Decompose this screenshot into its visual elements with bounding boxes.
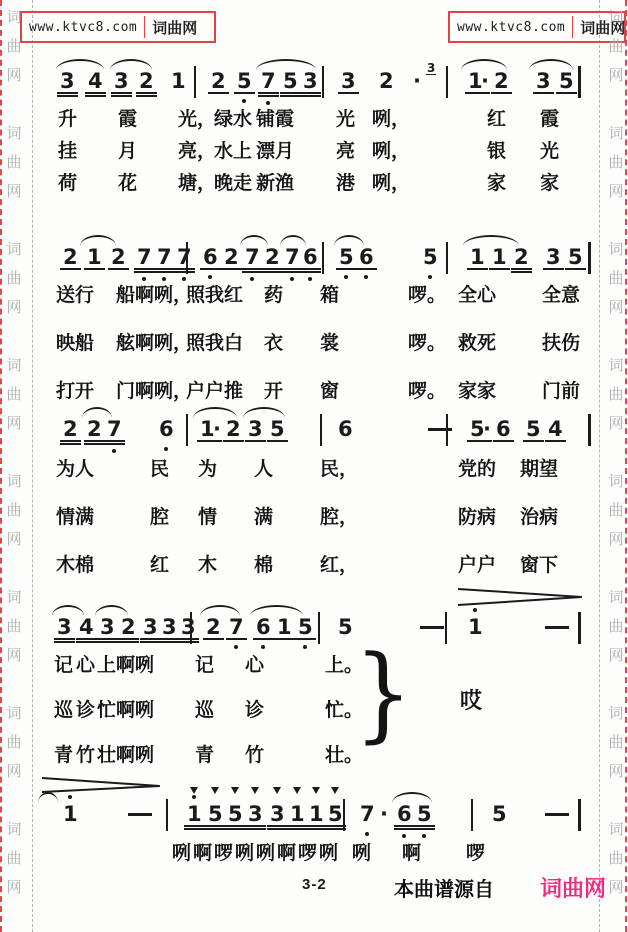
lyric-segment: 扶伤: [542, 328, 580, 355]
slur-arc: [256, 59, 316, 70]
watermark-box-top-right: www.ktvc8.com 词曲网: [448, 11, 626, 43]
lyric-segment: 诊: [76, 695, 95, 722]
dashed-border-right-inner: [599, 0, 600, 932]
lyric-segment: 防病: [458, 502, 496, 529]
side-watermark-right-char: 词: [606, 354, 626, 375]
barline: [446, 66, 448, 98]
crescendo-line: [458, 596, 582, 606]
lyric-segment: 月: [118, 136, 137, 163]
slur-arc: [193, 407, 237, 418]
note: 6: [156, 418, 177, 440]
barline: [194, 66, 196, 98]
accent-mark: [293, 787, 301, 794]
note: 7: [226, 616, 247, 640]
slur-arc: [80, 235, 116, 246]
note: 7: [174, 246, 195, 270]
slur-arc: [240, 235, 268, 246]
side-watermark-left-char: 曲: [4, 847, 24, 868]
accent-mark: [231, 787, 239, 794]
side-watermark-right-char: 词: [606, 122, 626, 143]
note: 1: [467, 246, 488, 270]
lyric-segment: 铺霞: [256, 104, 294, 131]
lyric-segment: 腔，: [320, 502, 358, 529]
lyric-segment: 啰: [466, 838, 485, 865]
lyric-segment: 腔: [150, 502, 169, 529]
note: 5: [336, 246, 357, 270]
end-barline: [578, 612, 581, 644]
note: 2: [511, 246, 532, 270]
note: 6: [200, 246, 221, 270]
note: 1: [287, 803, 308, 827]
note: 6: [356, 246, 377, 270]
slur-arc: [82, 407, 112, 418]
note: 5: [414, 803, 435, 827]
lyric-segment: 窗: [320, 376, 339, 403]
lyric-segment: 新渔: [256, 168, 294, 195]
side-watermark-left-char: 曲: [4, 267, 24, 288]
lyric-segment: 舷啊咧，: [116, 328, 192, 355]
lyric-segment: 木棉: [56, 550, 94, 577]
barline: [318, 612, 320, 644]
note: 1: [168, 70, 189, 92]
note: 2: [118, 616, 139, 640]
lyric-segment: 棉: [254, 550, 273, 577]
note: 2: [108, 246, 129, 270]
side-watermark-right-char: 网: [606, 296, 626, 317]
side-watermark-right-char: 曲: [606, 847, 626, 868]
lyric-segment: 红: [487, 104, 506, 131]
accent-mark: [331, 787, 339, 794]
lyric-segment: 全意: [542, 280, 580, 307]
note: 5: [565, 246, 586, 270]
lyric-segment: 霞: [118, 104, 137, 131]
lyric-segment: 水上: [214, 136, 252, 163]
lyric-segment: 情满: [56, 502, 94, 529]
slur-arc: [463, 235, 519, 246]
note: 3: [543, 246, 564, 270]
note: 5: [234, 70, 255, 94]
side-watermark-left-char: 网: [4, 644, 24, 665]
barline: [190, 612, 192, 644]
lyric-segment: 民，: [320, 454, 358, 481]
note: 3: [111, 70, 132, 94]
end-barline: [588, 242, 591, 274]
note: 7: [154, 246, 175, 270]
note: 3: [54, 616, 75, 640]
note: 1: [184, 803, 205, 827]
octave-dot-below: [308, 277, 312, 281]
barline: [166, 799, 168, 831]
side-watermark-right-char: 曲: [606, 383, 626, 404]
slur-arc: [334, 235, 364, 246]
lyric-segment: 红: [150, 550, 169, 577]
page-number: 3-2: [302, 876, 327, 893]
lyric-segment: 箱: [320, 280, 339, 307]
side-watermark-right-char: 曲: [606, 267, 626, 288]
lyric-segment: 满: [254, 502, 273, 529]
lyric-segment: 港: [336, 168, 355, 195]
octave-dot-below: [250, 277, 254, 281]
note: 7: [134, 246, 155, 270]
end-barline: [588, 414, 591, 446]
watermark-url: www.ktvc8.com: [457, 20, 565, 35]
lyric-segment: 记: [54, 650, 73, 677]
octave-dot-below: [112, 449, 116, 453]
note: 2: [60, 246, 81, 270]
lyric-segment: 竹: [76, 740, 95, 767]
slur-arc: [52, 605, 84, 616]
side-watermark-left-char: 网: [4, 180, 24, 201]
lyric-segment: 家家: [458, 376, 496, 403]
lyric-segment: 晚走: [214, 168, 252, 195]
barline: [186, 414, 188, 446]
lyric-segment: 为人: [56, 454, 94, 481]
duration-dash: [420, 626, 444, 629]
note: 2: [491, 70, 512, 94]
note: 7: [258, 70, 279, 94]
side-watermark-left-char: 词: [4, 586, 24, 607]
lyric-segment: 啰。: [408, 376, 446, 403]
note: 5: [225, 803, 246, 827]
song-sheet-page: www.ktvc8.com 词曲网 www.ktvc8.com 词曲网 3-2 …: [0, 0, 628, 932]
side-watermark-left-char: 词: [4, 470, 24, 491]
side-watermark-right-char: 网: [606, 644, 626, 665]
lyric-segment: 忙啊咧: [97, 695, 154, 722]
lyric-segment: 亮，: [178, 136, 216, 163]
barline: [445, 612, 447, 644]
lyric-segment: 期望: [520, 454, 558, 481]
side-watermark-right-char: 曲: [606, 731, 626, 752]
note: 5: [523, 418, 544, 442]
slur-arc: [243, 407, 285, 418]
lyric-segment: 窗下: [520, 550, 558, 577]
barline: [322, 66, 324, 98]
duration-dot: ·: [212, 418, 222, 442]
side-watermark-right-char: 词: [606, 818, 626, 839]
duration-dash: [428, 428, 452, 431]
lyric-segment: 户户: [458, 550, 496, 577]
side-watermark-left-char: 曲: [4, 383, 24, 404]
note: 2: [60, 418, 81, 442]
lyric-segment: 诊: [245, 695, 264, 722]
accent-mark: [312, 787, 320, 794]
note: 3: [245, 803, 266, 827]
verse-brace: }: [354, 642, 413, 745]
note: 3: [245, 418, 266, 442]
note: 5: [489, 803, 510, 825]
note: 2: [223, 418, 244, 442]
side-watermark-right-char: 网: [606, 180, 626, 201]
accent-mark: [273, 787, 281, 794]
lyric-segment: 青: [54, 740, 73, 767]
side-watermark-right-char: 词: [606, 238, 626, 259]
note: 7: [242, 246, 263, 270]
lyric-segment: 荷: [58, 168, 77, 195]
lyric-segment: 咧，: [372, 168, 410, 195]
note: 1: [84, 246, 105, 270]
octave-dot-below: [364, 275, 368, 279]
accent-mark: [190, 787, 198, 794]
lyric-segment: 映船: [56, 328, 94, 355]
duration-dash: [545, 626, 569, 629]
lyric-segment: 红，: [320, 550, 358, 577]
lyric-segment: 咧啊啰咧咧啊啰咧: [172, 838, 340, 865]
side-watermark-left-char: 网: [4, 412, 24, 433]
note: 4: [76, 616, 97, 640]
lyric-segment: 咧，: [372, 136, 410, 163]
lyric-segment: 户户推: [186, 376, 243, 403]
slur-arc: [529, 59, 573, 70]
note: 3: [57, 70, 78, 94]
lyric-segment: 塘，: [178, 168, 216, 195]
lyric-segment: 青: [195, 740, 214, 767]
lyric-segment: 衣: [264, 328, 283, 355]
note: 6: [300, 246, 321, 270]
octave-dot-below: [234, 645, 238, 649]
side-watermark-left-char: 词: [4, 122, 24, 143]
slur-arc: [110, 59, 152, 70]
lyric-segment: 升: [58, 104, 77, 131]
octave-dot-below: [164, 447, 168, 451]
note: 5: [267, 418, 288, 442]
lyric-segment: 照我红: [186, 280, 243, 307]
side-watermark-left-char: 词: [4, 818, 24, 839]
side-watermark-left-char: 网: [4, 296, 24, 317]
note: 5: [335, 616, 356, 638]
lyric-segment: 巡: [54, 695, 73, 722]
side-watermark-left-char: 网: [4, 876, 24, 897]
lyric-segment: 照我白: [186, 328, 243, 355]
note: 5: [205, 803, 226, 827]
octave-dot-below: [290, 277, 294, 281]
side-watermark-right-char: 词: [606, 470, 626, 491]
lyric-segment: 光: [540, 136, 559, 163]
note: 2: [84, 418, 105, 442]
barline: [322, 242, 324, 274]
lyric-segment: 打开: [56, 376, 94, 403]
note: 2: [376, 70, 397, 92]
side-watermark-left-char: 网: [4, 760, 24, 781]
note: 7: [104, 418, 125, 442]
note: 3: [267, 803, 288, 827]
lyric-segment: 光，: [178, 104, 216, 131]
lyric-segment: 门啊咧，: [116, 376, 192, 403]
end-barline: [578, 66, 581, 98]
interjection-ay: 哎: [460, 684, 482, 715]
note: 1: [306, 803, 327, 827]
lyric-segment: 巡: [195, 695, 214, 722]
lyric-segment: 啰。: [408, 328, 446, 355]
note: 3: [300, 70, 321, 94]
lyric-segment: 亮: [336, 136, 355, 163]
note: 5: [280, 70, 301, 94]
lyric-segment: 治病: [520, 502, 558, 529]
note: 4: [85, 70, 106, 94]
lyric-segment: 开: [264, 376, 283, 403]
lyric-segment: 上啊咧: [97, 650, 154, 677]
lyric-segment: 门前: [542, 376, 580, 403]
note: 3: [159, 616, 180, 640]
note: 6: [394, 803, 415, 827]
octave-dot-below: [344, 275, 348, 279]
side-watermark-right-char: 网: [606, 528, 626, 549]
side-watermark-right-char: 网: [606, 876, 626, 897]
site-name-badge: 词曲网: [540, 872, 606, 903]
lyric-segment: 送行: [56, 280, 94, 307]
duration-dot: ·: [482, 418, 492, 442]
slur-arc: [392, 792, 432, 803]
dashed-border-left-inner: [32, 0, 33, 932]
note: 2: [136, 70, 157, 94]
side-watermark-left-char: 词: [4, 354, 24, 375]
note: 5: [420, 246, 441, 268]
duration-dot: ·: [412, 70, 422, 92]
note: 3: [140, 616, 161, 640]
duration-dot: ·: [480, 70, 490, 94]
octave-dot-below: [422, 834, 426, 838]
note: 1: [465, 616, 486, 638]
barline: [446, 242, 448, 274]
slur-arc: [250, 605, 303, 616]
lyric-segment: 心: [76, 650, 95, 677]
lyric-segment: 壮啊咧: [97, 740, 154, 767]
lyric-segment: 银: [487, 136, 506, 163]
side-watermark-right-char: 词: [606, 6, 626, 27]
lyric-segment: 药: [264, 280, 283, 307]
note: 3: [533, 70, 554, 94]
octave-dot-below: [208, 275, 212, 279]
slur-arc: [38, 792, 58, 803]
note: 3: [178, 616, 199, 640]
lyric-segment: 全心: [458, 280, 496, 307]
duration-dash: [128, 813, 152, 816]
watermark-url: www.ktvc8.com: [29, 20, 137, 35]
barline: [320, 414, 322, 446]
octave-dot-above: [192, 795, 196, 799]
lyric-segment: 情: [198, 502, 217, 529]
lyric-segment: 挂: [58, 136, 77, 163]
note: 5: [556, 70, 577, 94]
side-watermark-right-char: 曲: [606, 35, 626, 56]
end-barline: [578, 799, 581, 831]
side-watermark-left-char: 网: [4, 64, 24, 85]
side-watermark-left-char: 曲: [4, 731, 24, 752]
side-watermark-right-char: 网: [606, 760, 626, 781]
lyric-segment: 救死: [458, 328, 496, 355]
note: 6: [493, 418, 514, 442]
lyric-segment: 为: [198, 454, 217, 481]
note: 5: [295, 616, 316, 640]
watermark-divider: [572, 16, 573, 38]
lyric-segment: 船啊咧，: [116, 280, 192, 307]
slur-arc: [95, 605, 128, 616]
lyric-segment: 裳: [320, 328, 339, 355]
side-watermark-right-char: 网: [606, 64, 626, 85]
duration-dash: [545, 813, 569, 816]
slur-arc: [200, 605, 240, 616]
lyric-segment: 啊: [402, 838, 421, 865]
note: 2: [221, 246, 242, 270]
octave-dot-above: [473, 608, 477, 612]
lyric-segment: 党的: [458, 454, 496, 481]
watermark-box-top-left: www.ktvc8.com 词曲网: [20, 11, 216, 43]
slur-arc: [461, 59, 507, 70]
side-watermark-right-char: 曲: [606, 499, 626, 520]
octave-dot-above: [68, 795, 72, 799]
lyric-segment: 啰。: [408, 280, 446, 307]
side-watermark-left-char: 曲: [4, 151, 24, 172]
lyric-segment: 花: [118, 168, 137, 195]
note: 1: [489, 246, 510, 270]
side-watermark-left-char: 词: [4, 6, 24, 27]
note: 1: [274, 616, 295, 640]
octave-dot-below: [303, 645, 307, 649]
octave-dot-below: [428, 275, 432, 279]
side-watermark-left-char: 网: [4, 528, 24, 549]
slur-arc: [56, 59, 104, 70]
slur-arc: [280, 235, 306, 246]
note: 3: [338, 70, 359, 94]
watermark-divider: [144, 16, 145, 38]
note: 2: [262, 246, 283, 270]
lyric-segment: 民: [150, 454, 169, 481]
lyric-segment: 心: [245, 650, 264, 677]
octave-dot-below: [242, 99, 246, 103]
note: 3: [97, 616, 118, 640]
side-watermark-right-char: 网: [606, 412, 626, 433]
accent-mark: [211, 787, 219, 794]
note: 4: [545, 418, 566, 442]
lyric-segment: 木: [198, 550, 217, 577]
barline: [471, 799, 473, 831]
note: 1: [60, 803, 81, 825]
side-watermark-right-char: 词: [606, 586, 626, 607]
lyric-segment: 光: [336, 104, 355, 131]
octave-dot-below: [365, 832, 369, 836]
side-watermark-left-char: 词: [4, 702, 24, 723]
accent-mark: [251, 787, 259, 794]
note: 6: [335, 418, 356, 440]
grace-note: 3: [426, 62, 436, 75]
lyric-segment: 竹: [245, 740, 264, 767]
note: 6: [253, 616, 274, 640]
lyric-segment: 咧，: [372, 104, 410, 131]
duration-dot: ·: [379, 803, 389, 825]
watermark-site: 词曲网: [152, 17, 197, 38]
note: 2: [208, 70, 229, 94]
lyric-segment: 记: [195, 650, 214, 677]
lyric-segment: 霞: [540, 104, 559, 131]
side-watermark-left-char: 曲: [4, 499, 24, 520]
source-label: 本曲谱源自: [394, 873, 494, 902]
lyric-segment: 咧: [352, 838, 371, 865]
side-watermark-right-char: 曲: [606, 615, 626, 636]
side-watermark-right-char: 词: [606, 702, 626, 723]
side-watermark-left-char: 曲: [4, 35, 24, 56]
note: 7: [357, 803, 378, 825]
barline: [186, 242, 188, 274]
lyric-segment: 绿水: [214, 104, 252, 131]
lyric-segment: 人: [254, 454, 273, 481]
octave-dot-below: [261, 645, 265, 649]
crescendo-line: [42, 785, 160, 793]
dashed-border-left-outer: [0, 0, 2, 932]
side-watermark-right-char: 曲: [606, 151, 626, 172]
side-watermark-left-char: 词: [4, 238, 24, 259]
lyric-segment: 家: [487, 168, 506, 195]
lyric-segment: 漂月: [256, 136, 294, 163]
side-watermark-left-char: 曲: [4, 615, 24, 636]
